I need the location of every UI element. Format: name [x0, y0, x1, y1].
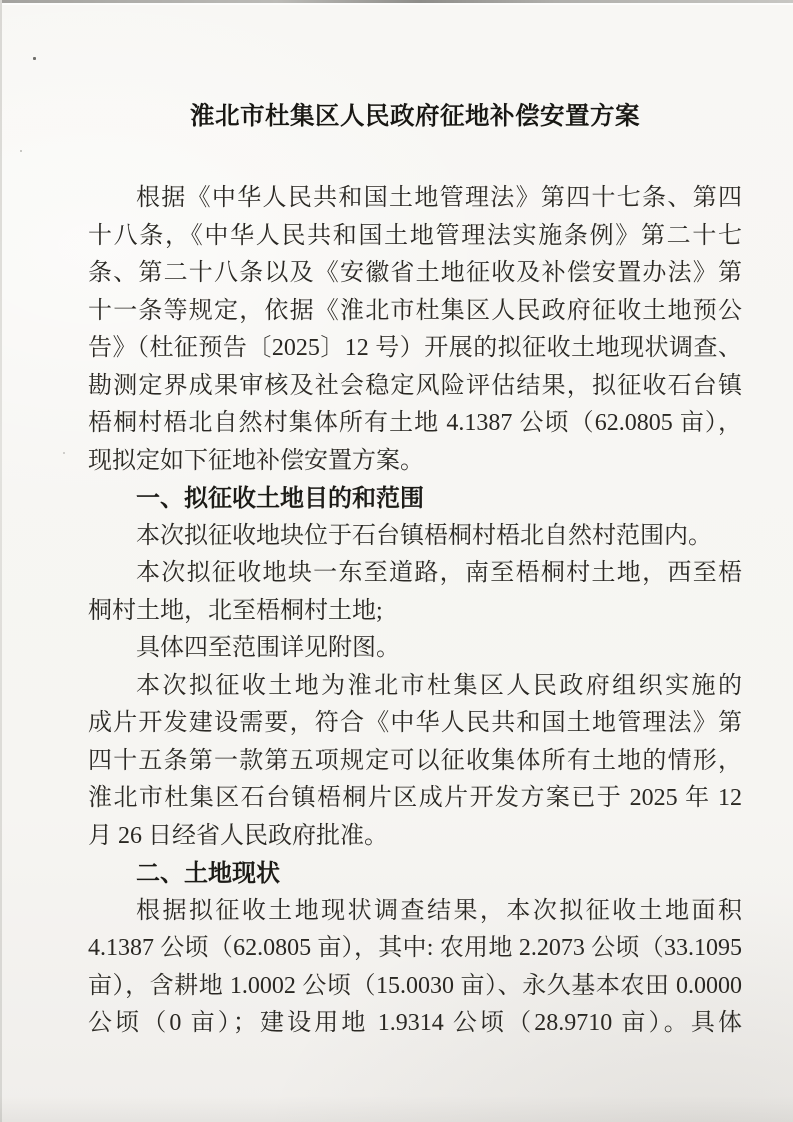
- body-line: 现拟定如下征地补偿安置方案。: [88, 446, 742, 477]
- paper-speck: [63, 452, 65, 454]
- body-line: 根据拟征收土地现状调查结果，本次拟征收土地面积: [88, 896, 742, 927]
- body-line: 本次拟征收地块一东至道路，南至梧桐村土地，西至梧: [88, 558, 742, 589]
- body-line: 亩），含耕地 1.0002 公顷（15.0030 亩）、永久基本农田 0.000…: [88, 971, 742, 1002]
- paper-speck: [33, 57, 36, 60]
- body-line: 具体四至范围详见附图。: [88, 633, 742, 664]
- body-line: 月 26 日经省人民政府批准。: [88, 821, 742, 852]
- section-heading-1: 一、拟征收土地目的和范围: [88, 483, 742, 514]
- document-title: 淮北市杜集区人民政府征地补偿安置方案: [88, 101, 742, 132]
- body-line: 勘测定界成果审核及社会稳定风险评估结果，拟征收石台镇: [88, 371, 742, 402]
- body-line: 4.1387 公顷（62.0805 亩），其中: 农用地 2.2073 公顷（3…: [88, 933, 742, 964]
- body-line: 梧桐村梧北自然村集体所有土地 4.1387 公顷（62.0805 亩），: [88, 408, 742, 439]
- body-line: 十八条，《中华人民共和国土地管理法实施条例》第二十七: [88, 221, 742, 252]
- body-line: 本次拟征收土地为淮北市杜集区人民政府组织实施的: [88, 671, 742, 702]
- section-heading-2: 二、土地现状: [88, 858, 742, 889]
- scan-edge-left: [0, 0, 2, 1122]
- body-line: 根据《中华人民共和国土地管理法》第四十七条、第四: [88, 183, 742, 214]
- scan-shadow-bottom: [0, 1096, 793, 1122]
- body-line: 成片开发建设需要，符合《中华人民共和国土地管理法》第: [88, 708, 742, 739]
- scan-edge-top-highlight: [0, 3, 793, 5]
- body-line: 本次拟征收地块位于石台镇梧桐村梧北自然村范围内。: [88, 521, 742, 552]
- body-line: 公顷（0 亩）；建设用地 1.9314 公顷（28.9710 亩）。具体: [88, 1008, 742, 1039]
- body-line: 桐村土地，北至梧桐村土地;: [88, 596, 742, 627]
- body-line: 淮北市杜集区石台镇梧桐片区成片开发方案已于 2025 年 12: [88, 783, 742, 814]
- body-line: 条、第二十八条以及《安徽省土地征收及补偿安置办法》第: [88, 258, 742, 289]
- scanned-page: { "document": { "title": "淮北市杜集区人民政府征地补偿…: [0, 0, 793, 1122]
- body-line: 十一条等规定，依据《淮北市杜集区人民政府征收土地预公: [88, 296, 742, 327]
- body-line: 告》（杜征预告〔2025〕12 号）开展的拟征收土地现状调查、: [88, 333, 742, 364]
- paper-speck: [20, 150, 22, 152]
- body-line: 四十五条第一款第五项规定可以征收集体所有土地的情形，: [88, 746, 742, 777]
